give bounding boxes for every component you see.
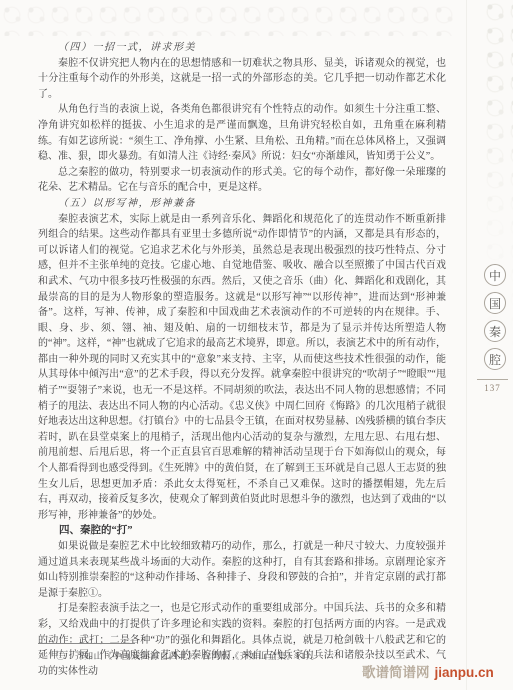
watermark-site-name: 歌谱简谱网 [362, 665, 430, 680]
seal-char-qin: 秦 [484, 320, 506, 342]
section-heading-da: 四、秦腔的“打” [38, 523, 446, 539]
page-number-rule [477, 379, 508, 380]
watermark: 歌谱简谱网jianpu.cn [362, 661, 494, 681]
top-ornament-border [0, 3, 458, 36]
margin-divider-line [466, 0, 467, 690]
paragraph: 从角色行当的表演上说，各类角色都很讲究有个性特点的动作。如须生十分注重工整、净角… [38, 102, 446, 164]
page-body-text: （四）一招一式，讲求形美 秦腔不仅讲究把人物内在的思想情感和一切难状之物具形、显… [38, 40, 446, 679]
page-number-block: 137 [477, 379, 508, 393]
book-title-seal: 中 国 秦 腔 [483, 264, 507, 370]
paragraph: 秦腔不仅讲究把人物内在的思想情感和一切难状之物具形、显美，诉诸观众的视觉，也十分… [38, 56, 446, 103]
paragraph: 如果说做是秦腔艺术中比较细致精巧的动作，那么，打就是一种尺寸较大、力度较强并通过… [38, 539, 446, 601]
page-number: 137 [477, 383, 508, 393]
seal-char-zhong: 中 [484, 264, 506, 286]
seal-char-guo: 国 [484, 292, 506, 314]
footnote-separator [38, 643, 135, 644]
subsection-heading-four: （四）一招一式，讲求形美 [38, 40, 446, 56]
book-page: （四）一招一式，讲求形美 秦腔不仅讲究把人物内在的思想情感和一切难状之物具形、显… [0, 0, 513, 690]
seal-char-qiang: 腔 [484, 348, 506, 370]
paragraph: 总之秦腔的做功，特别要求一切表演动作的形式美。它的每个动作，都好像一朵璀璨的花朵… [38, 165, 446, 196]
subsection-heading-five: （五）以形写神，形神兼备 [38, 196, 446, 212]
watermark-domain: jianpu.cn [435, 665, 494, 680]
paragraph: 秦腔表演艺术，实际上就是由一系列音乐化、舞蹈化和规范化了的连贯动作不断重新排列组… [38, 212, 446, 524]
